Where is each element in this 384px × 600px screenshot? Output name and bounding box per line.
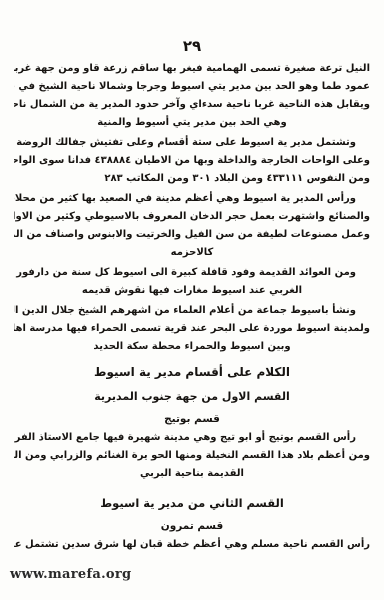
text-line: رأس القسم بوتيج أو ابو تيج وهي مدينة شهي… xyxy=(14,429,370,447)
text-block: ٢٩ النيل ترعة صغيرة تسمى الهمامية فيغر ب… xyxy=(14,0,370,556)
paragraph-scholars: ونشأ باسيوط جماعة من أعلام العلماء من اش… xyxy=(14,302,370,356)
marefa-watermark: www.marefa.org xyxy=(10,567,131,582)
section-heading-first-division: القسم الاول من جهة جنوب المديرية xyxy=(14,388,370,406)
paragraph-nile-borders: النيل ترعة صغيرة تسمى الهمامية فيغر بها … xyxy=(14,60,370,132)
text-line: وهي الحد بين مدير يتي أسيوط والمنية xyxy=(14,114,370,132)
text-line: عمود طما وهو الحد بين مدير يتي اسيوط وجر… xyxy=(14,78,370,96)
text-line: وعلى الواحات الخارجة والداخلة وبها من ال… xyxy=(14,152,370,170)
text-line: ويقابل هذه الناحية غربا ناحية سدءاي وآخر… xyxy=(14,96,370,114)
scanned-book-page: ٢٩ النيل ترعة صغيرة تسمى الهمامية فيغر ب… xyxy=(0,0,384,600)
text-line: وبين اسيوط والحمراء محطة سكة الحديد xyxy=(14,338,370,356)
text-line: والصنائع واشتهرت بعمل حجر الدخان المعروف… xyxy=(14,208,370,226)
text-line: رأس القسم ناحية مسلم وهي أعظم خطة قبان ل… xyxy=(14,536,370,554)
paragraph-divisions-statistics: وتشتمل مدير ية اسيوط على ستة أقسام وعلى … xyxy=(14,134,370,188)
paragraph-second-district: رأس القسم ناحية مسلم وهي أعظم خطة قبان ل… xyxy=(14,536,370,554)
paragraph-asyut-city: ورأس المدير ية اسيوط وهي أعظم مدينة في ا… xyxy=(14,190,370,262)
text-line: ومن النفوس ٤٣٣١١١ ومن البلاد ٣٠١ ومن الم… xyxy=(14,170,370,188)
section-heading-second-division: القسم الثاني من مدير ية اسيوط xyxy=(14,493,370,513)
paragraph-butig-district: رأس القسم بوتيج أو ابو تيج وهي مدينة شهي… xyxy=(14,429,370,483)
text-line: النيل ترعة صغيرة تسمى الهمامية فيغر بها … xyxy=(14,60,370,78)
text-line: كالاحزمه xyxy=(14,244,370,262)
text-line: ومن العوائد القديمة وفود قافلة كبيرة الى… xyxy=(14,264,370,282)
text-line: ومن أعظم بلاد هذا القسم النخيلة ومنها ال… xyxy=(14,447,370,465)
text-line: وتشتمل مدير ية اسيوط على ستة أقسام وعلى … xyxy=(14,134,370,152)
text-line: وعمل مصنوعات لطيفة من سن الفيل والخرتيت … xyxy=(14,226,370,244)
section-heading-second-district: قسم تمرون xyxy=(14,518,370,534)
text-line: ورأس المدير ية اسيوط وهي أعظم مدينة في ا… xyxy=(14,190,370,208)
paragraph-old-customs: ومن العوائد القديمة وفود قافلة كبيرة الى… xyxy=(14,264,370,300)
page-number: ٢٩ xyxy=(14,36,370,56)
text-line: القديمة بناحية البربي xyxy=(14,465,370,483)
section-heading-butig: قسم بوتيج xyxy=(14,411,370,427)
text-line: ونشأ باسيوط جماعة من أعلام العلماء من اش… xyxy=(14,302,370,320)
text-line: ولمدينة اسيوط موردة على البحر عند قرية ت… xyxy=(14,320,370,338)
text-line: الغربي عند اسيوط مغارات فيها نقوش قديمه xyxy=(14,282,370,300)
section-heading-divisions: الكلام على أقسام مدير ية اسيوط xyxy=(14,362,370,382)
